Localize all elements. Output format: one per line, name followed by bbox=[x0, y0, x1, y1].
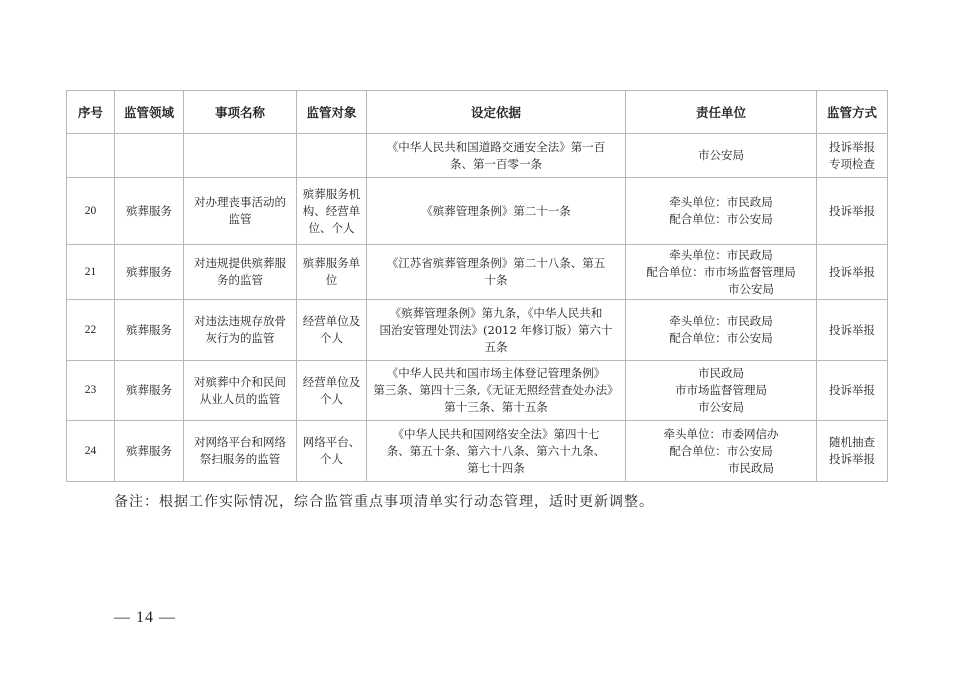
cell-method: 随机抽查 投诉举报 bbox=[817, 421, 888, 482]
header-target: 监管对象 bbox=[297, 91, 367, 134]
cell-item bbox=[184, 134, 297, 178]
cell-target: 殡葬服务机 构、经营单 位、个人 bbox=[297, 178, 367, 245]
cell-method: 投诉举报 bbox=[817, 361, 888, 421]
cell-domain: 殡葬服务 bbox=[115, 361, 184, 421]
table-row: 24 殡葬服务 对网络平台和网络 祭扫服务的监管 网络平台、 个人 《中华人民共… bbox=[67, 421, 888, 482]
cell-method: 投诉举报 bbox=[817, 178, 888, 245]
cell-serial: 21 bbox=[67, 245, 115, 300]
cell-item: 对办理丧事活动的 监管 bbox=[184, 178, 297, 245]
cell-target: 经营单位及 个人 bbox=[297, 361, 367, 421]
cell-units: 牵头单位：市民政局 配合单位：市市场监督管理局 市公安局 bbox=[626, 245, 817, 300]
header-item-name: 事项名称 bbox=[184, 91, 297, 134]
table-row: 21 殡葬服务 对违规提供殡葬服 务的监管 殡葬服务单 位 《江苏省殡葬管理条例… bbox=[67, 245, 888, 300]
cell-item: 对殡葬中介和民间 从业人员的监管 bbox=[184, 361, 297, 421]
cell-basis: 《殡葬管理条例》第二十一条 bbox=[367, 178, 626, 245]
cell-basis: 《中华人民共和国道路交通安全法》第一百 条、第一百零一条 bbox=[367, 134, 626, 178]
cell-domain bbox=[115, 134, 184, 178]
cell-units: 牵头单位：市民政局 配合单位：市公安局 bbox=[626, 300, 817, 361]
table-row: 20 殡葬服务 对办理丧事活动的 监管 殡葬服务机 构、经营单 位、个人 《殡葬… bbox=[67, 178, 888, 245]
cell-target: 殡葬服务单 位 bbox=[297, 245, 367, 300]
remarks-note: 备注：根据工作实际情况，综合监管重点事项清单实行动态管理，适时更新调整。 bbox=[114, 491, 654, 511]
cell-basis: 《中华人民共和国市场主体登记管理条例》 第三条、第四十三条,《无证无照经营查处办… bbox=[367, 361, 626, 421]
cell-method: 投诉举报 专项检查 bbox=[817, 134, 888, 178]
cell-serial: 23 bbox=[67, 361, 115, 421]
cell-units: 市民政局 市市场监督管理局 市公安局 bbox=[626, 361, 817, 421]
cell-domain: 殡葬服务 bbox=[115, 178, 184, 245]
cell-item: 对违法违规存放骨 灰行为的监管 bbox=[184, 300, 297, 361]
cell-item: 对违规提供殡葬服 务的监管 bbox=[184, 245, 297, 300]
table-row: 22 殡葬服务 对违法违规存放骨 灰行为的监管 经营单位及 个人 《殡葬管理条例… bbox=[67, 300, 888, 361]
cell-basis: 《殡葬管理条例》第九条，《中华人民共和 国治安管理处罚法》(2012 年修订版）… bbox=[367, 300, 626, 361]
header-method: 监管方式 bbox=[817, 91, 888, 134]
cell-serial: 22 bbox=[67, 300, 115, 361]
cell-domain: 殡葬服务 bbox=[115, 421, 184, 482]
cell-serial: 20 bbox=[67, 178, 115, 245]
cell-units: 牵头单位：市民政局 配合单位：市公安局 bbox=[626, 178, 817, 245]
page-number: — 14 — bbox=[114, 609, 176, 627]
header-serial: 序号 bbox=[67, 91, 115, 134]
cell-serial bbox=[67, 134, 115, 178]
cell-domain: 殡葬服务 bbox=[115, 300, 184, 361]
cell-target bbox=[297, 134, 367, 178]
header-domain: 监管领域 bbox=[115, 91, 184, 134]
supervision-items-table: 序号 监管领域 事项名称 监管对象 设定依据 责任单位 监管方式 《中华人民共和… bbox=[66, 90, 888, 482]
cell-target: 网络平台、 个人 bbox=[297, 421, 367, 482]
cell-units: 市公安局 bbox=[626, 134, 817, 178]
cell-basis: 《江苏省殡葬管理条例》第二十八条、第五 十条 bbox=[367, 245, 626, 300]
cell-serial: 24 bbox=[67, 421, 115, 482]
header-responsible-unit: 责任单位 bbox=[626, 91, 817, 134]
cell-method: 投诉举报 bbox=[817, 245, 888, 300]
cell-units: 牵头单位：市委网信办 配合单位：市公安局 市民政局 bbox=[626, 421, 817, 482]
cell-target: 经营单位及 个人 bbox=[297, 300, 367, 361]
cell-method: 投诉举报 bbox=[817, 300, 888, 361]
table-row: 《中华人民共和国道路交通安全法》第一百 条、第一百零一条 市公安局 投诉举报 专… bbox=[67, 134, 888, 178]
table-row: 23 殡葬服务 对殡葬中介和民间 从业人员的监管 经营单位及 个人 《中华人民共… bbox=[67, 361, 888, 421]
table-header-row: 序号 监管领域 事项名称 监管对象 设定依据 责任单位 监管方式 bbox=[67, 91, 888, 134]
cell-domain: 殡葬服务 bbox=[115, 245, 184, 300]
cell-basis: 《中华人民共和国网络安全法》第四十七 条、第五十条、第六十八条、第六十九条、 第… bbox=[367, 421, 626, 482]
cell-item: 对网络平台和网络 祭扫服务的监管 bbox=[184, 421, 297, 482]
header-basis: 设定依据 bbox=[367, 91, 626, 134]
